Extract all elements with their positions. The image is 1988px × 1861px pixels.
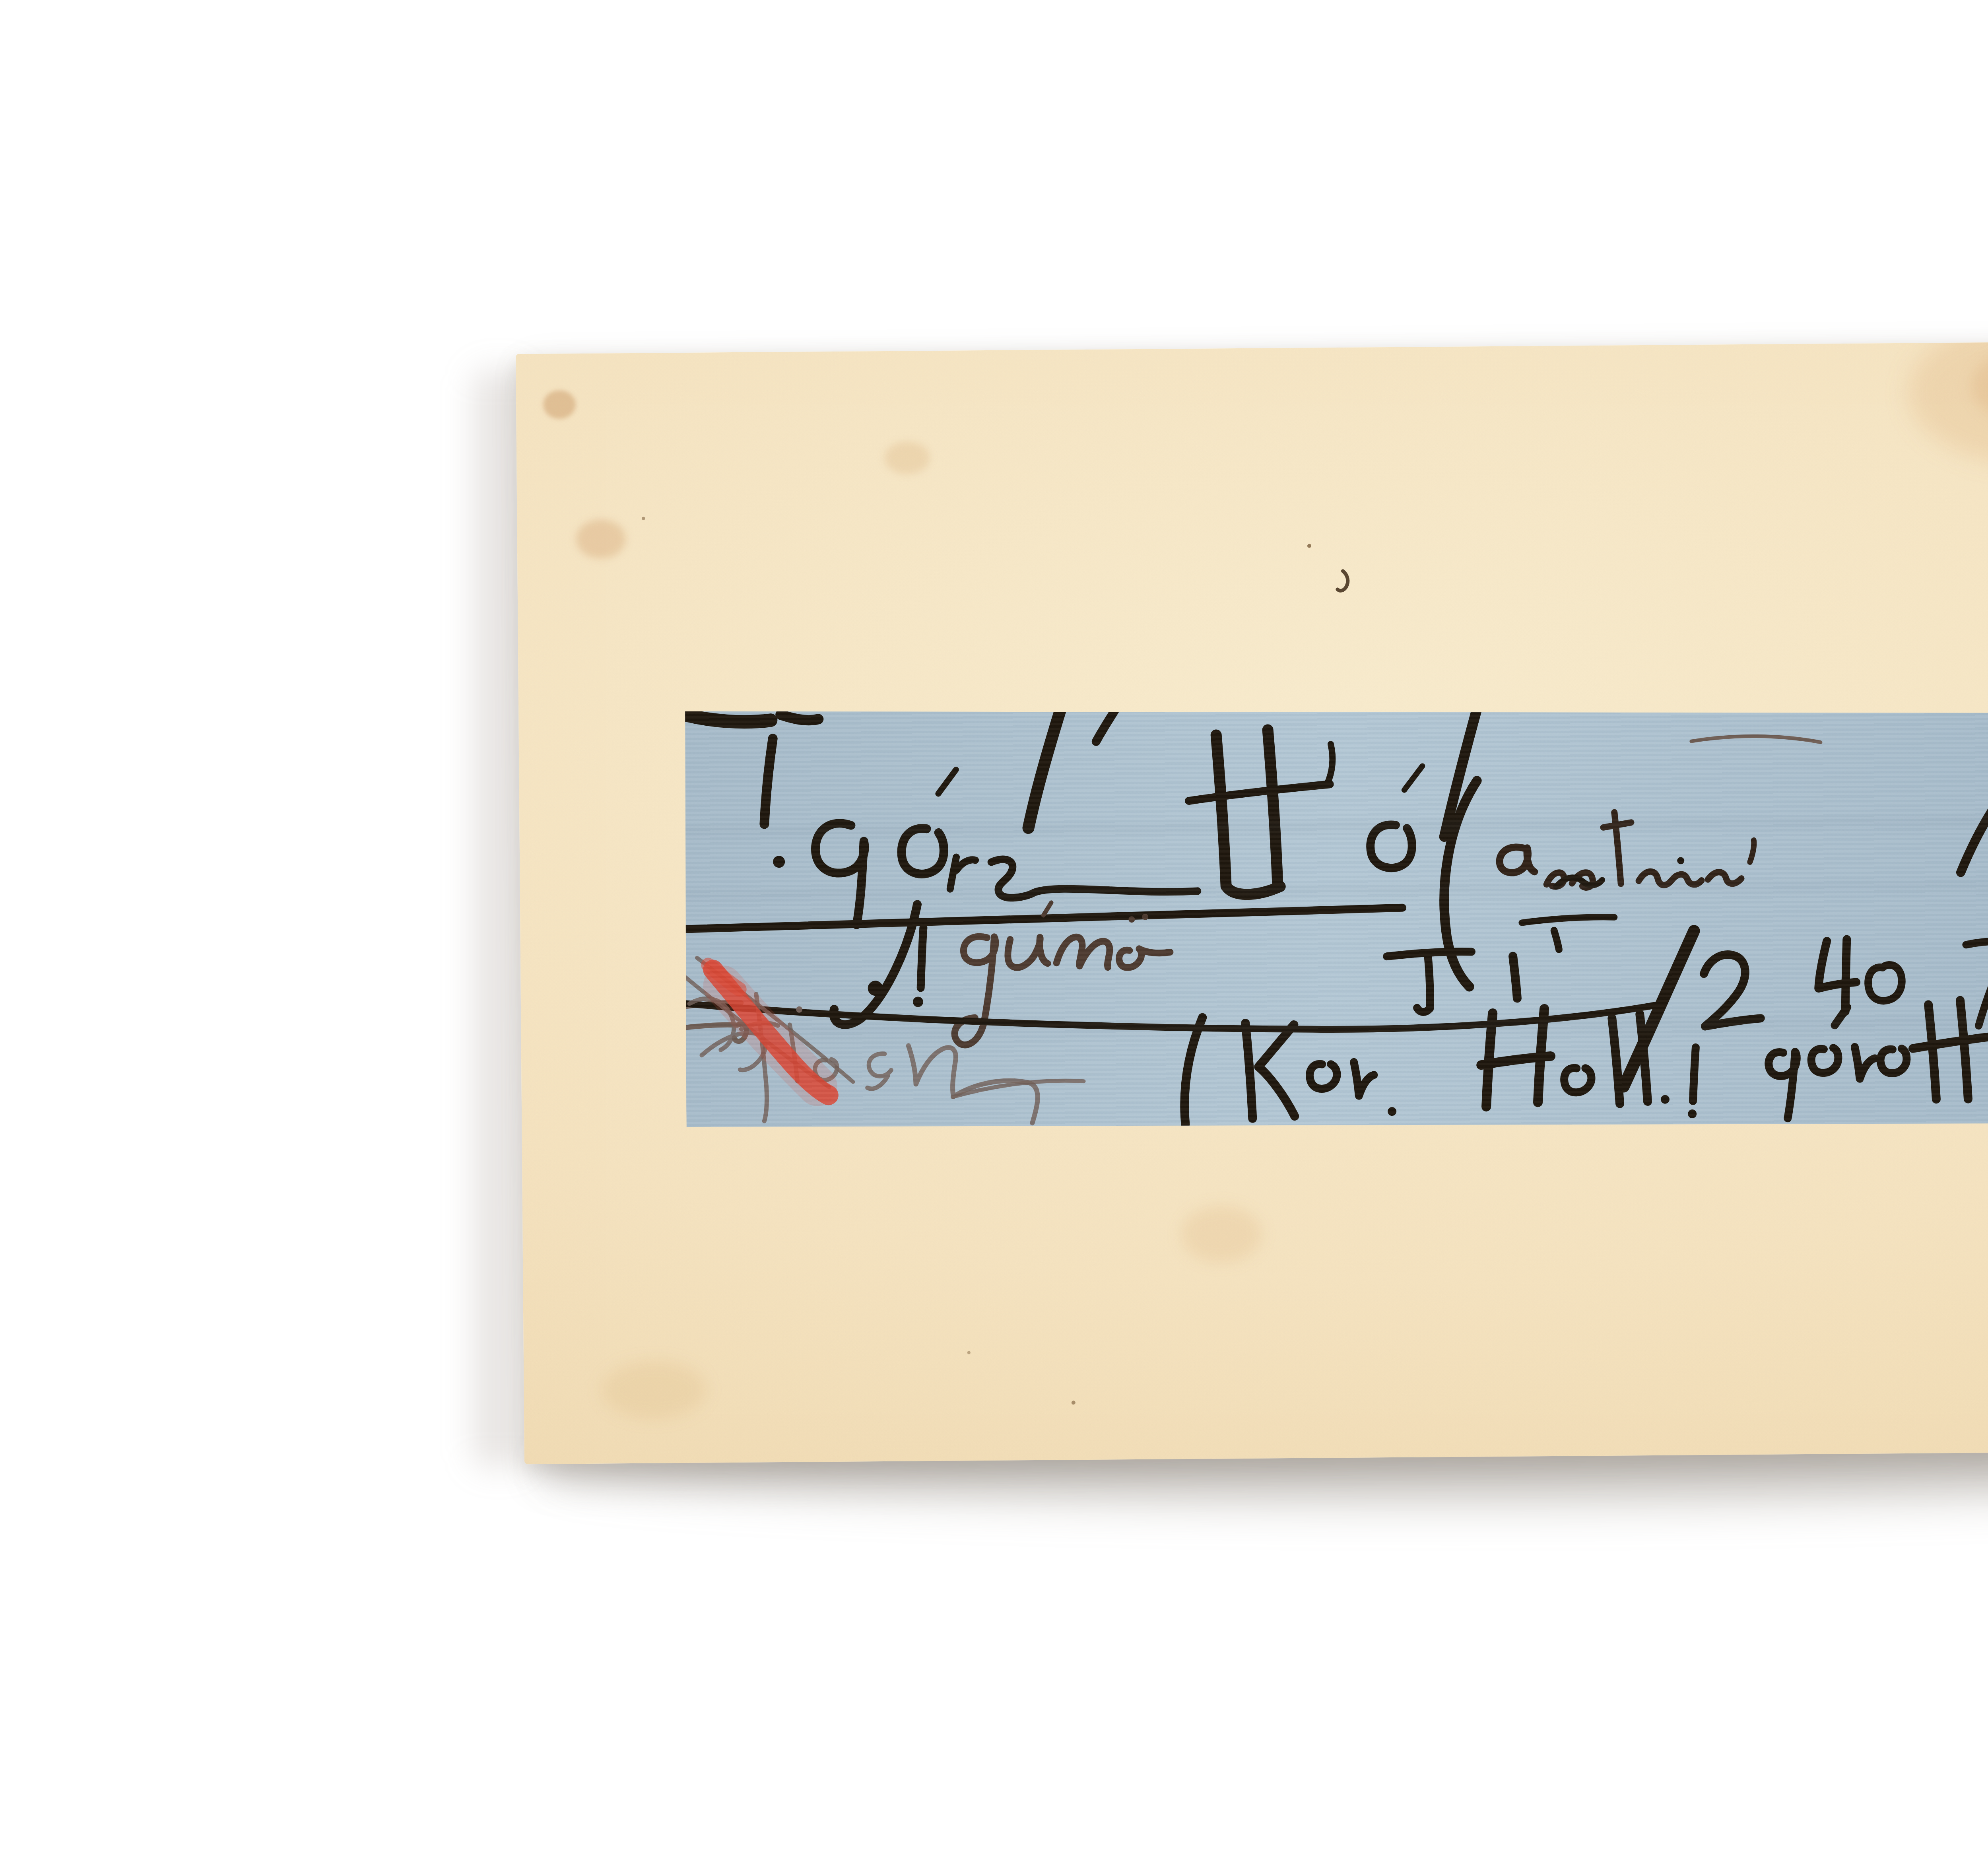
card: į górs tt' ó (a certain Au… ! gunë Tí̃ /… xyxy=(516,340,1988,1464)
speck xyxy=(642,517,645,520)
grey-pencil-scribble xyxy=(685,955,1084,1126)
speck xyxy=(1307,544,1311,548)
handwriting-cutoff-top-strokes xyxy=(683,700,1821,843)
handwriting-line-1 xyxy=(683,722,1988,1026)
photograph: į górs tt' ó (a certain Au… ! gunë Tí̃ /… xyxy=(0,0,1988,1861)
speck xyxy=(1072,1401,1076,1404)
red-crayon-strike xyxy=(708,964,829,1096)
speck xyxy=(967,1351,971,1354)
handwriting-line-2 xyxy=(685,873,1988,1094)
clipping: į górs tt' ó (a certain Au… ! gunë Tí̃ /… xyxy=(683,699,1988,1137)
handwriting xyxy=(683,699,1988,1137)
ink-speck-curl xyxy=(1337,571,1348,591)
handwriting-line-3 xyxy=(685,998,1988,1134)
